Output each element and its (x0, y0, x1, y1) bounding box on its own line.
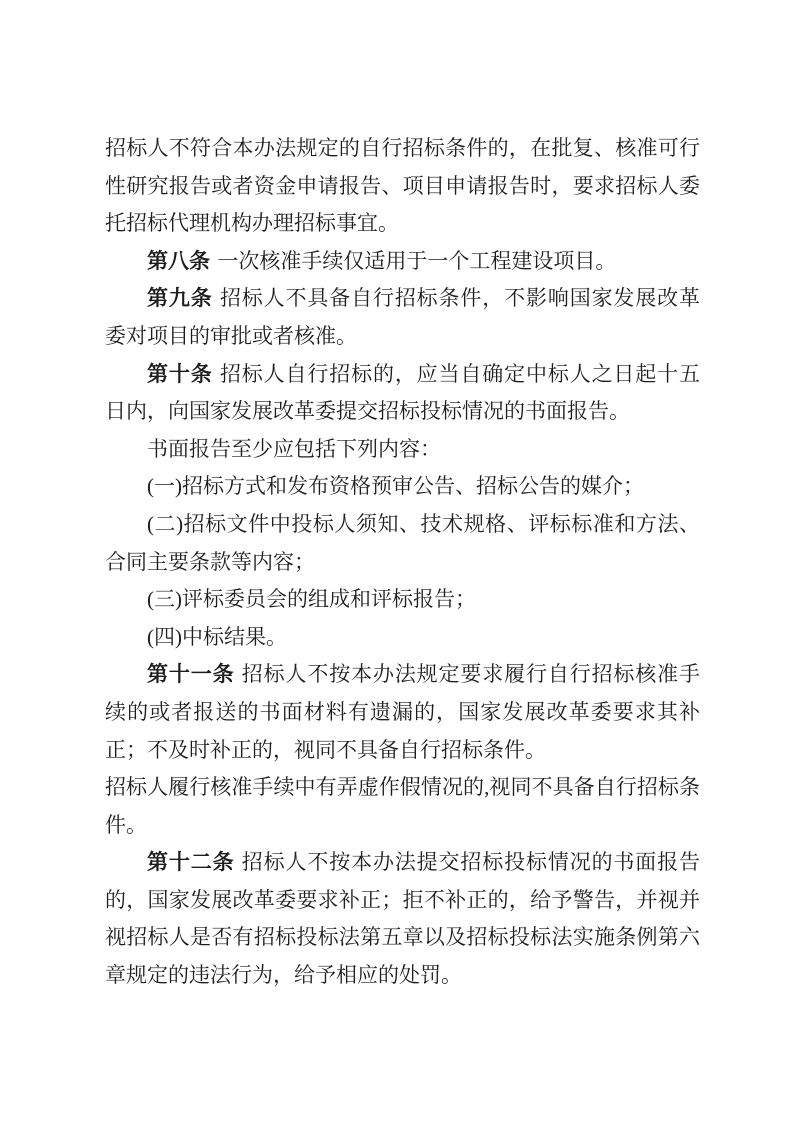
body-paragraph: (一)招标方式和发布资格预审公告、招标公告的媒介； (105, 468, 700, 506)
article-number-label: 第八条 (147, 250, 210, 273)
article-number-label: 第十条 (147, 363, 213, 386)
paragraph-text: (四)中标结果。 (147, 625, 287, 649)
article-number-label: 第十一条 (147, 663, 234, 686)
paragraph-text: (三)评标委员会的组成和评标报告； (147, 587, 476, 611)
article-paragraph: 第八条一次核准手续仅适用于一个工程建设项目。 (105, 243, 700, 281)
article-number-label: 第九条 (147, 287, 213, 310)
body-paragraph: 招标人不符合本办法规定的自行招标条件的，在批复、核准可行性研究报告或者资金申请报… (105, 130, 700, 243)
paragraph-text: 招标人履行核准手续中有弄虚作假情况的,视同不具备自行招标条件。 (105, 775, 700, 837)
body-paragraph: 招标人履行核准手续中有弄虚作假情况的,视同不具备自行招标条件。 (105, 769, 700, 844)
paragraph-text: (一)招标方式和发布资格预审公告、招标公告的媒介； (147, 474, 644, 498)
article-paragraph: 第九条招标人不具备自行招标条件，不影响国家发展改革委对项目的审批或者核准。 (105, 280, 700, 355)
article-number-label: 第十二条 (147, 851, 234, 874)
article-paragraph: 第十二条招标人不按本办法提交招标投标情况的书面报告的，国家发展改革委要求补正；拒… (105, 844, 700, 994)
article-paragraph: 第十条招标人自行招标的，应当自确定中标人之日起十五日内，向国家发展改革委提交招标… (105, 356, 700, 431)
document-body: 招标人不符合本办法规定的自行招标条件的，在批复、核准可行性研究报告或者资金申请报… (105, 130, 700, 995)
body-paragraph: (三)评标委员会的组成和评标报告； (105, 581, 700, 619)
body-paragraph: (二)招标文件中投标人须知、技术规格、评标标准和方法、合同主要条款等内容； (105, 506, 700, 581)
body-paragraph: 书面报告至少应包括下列内容： (105, 431, 700, 469)
paragraph-text: 招标人不符合本办法规定的自行招标条件的，在批复、核准可行性研究报告或者资金申请报… (105, 136, 700, 235)
paragraph-text: 书面报告至少应包括下列内容： (147, 437, 441, 461)
article-paragraph: 第十一条招标人不按本办法规定要求履行自行招标核准手续的或者报送的书面材料有遗漏的… (105, 656, 700, 769)
document-page: 招标人不符合本办法规定的自行招标条件的，在批复、核准可行性研究报告或者资金申请报… (0, 0, 793, 1122)
paragraph-text: (二)招标文件中投标人须知、技术规格、评标标准和方法、合同主要条款等内容； (105, 512, 700, 574)
body-paragraph: (四)中标结果。 (105, 619, 700, 657)
paragraph-text: 一次核准手续仅适用于一个工程建设项目。 (217, 249, 616, 273)
